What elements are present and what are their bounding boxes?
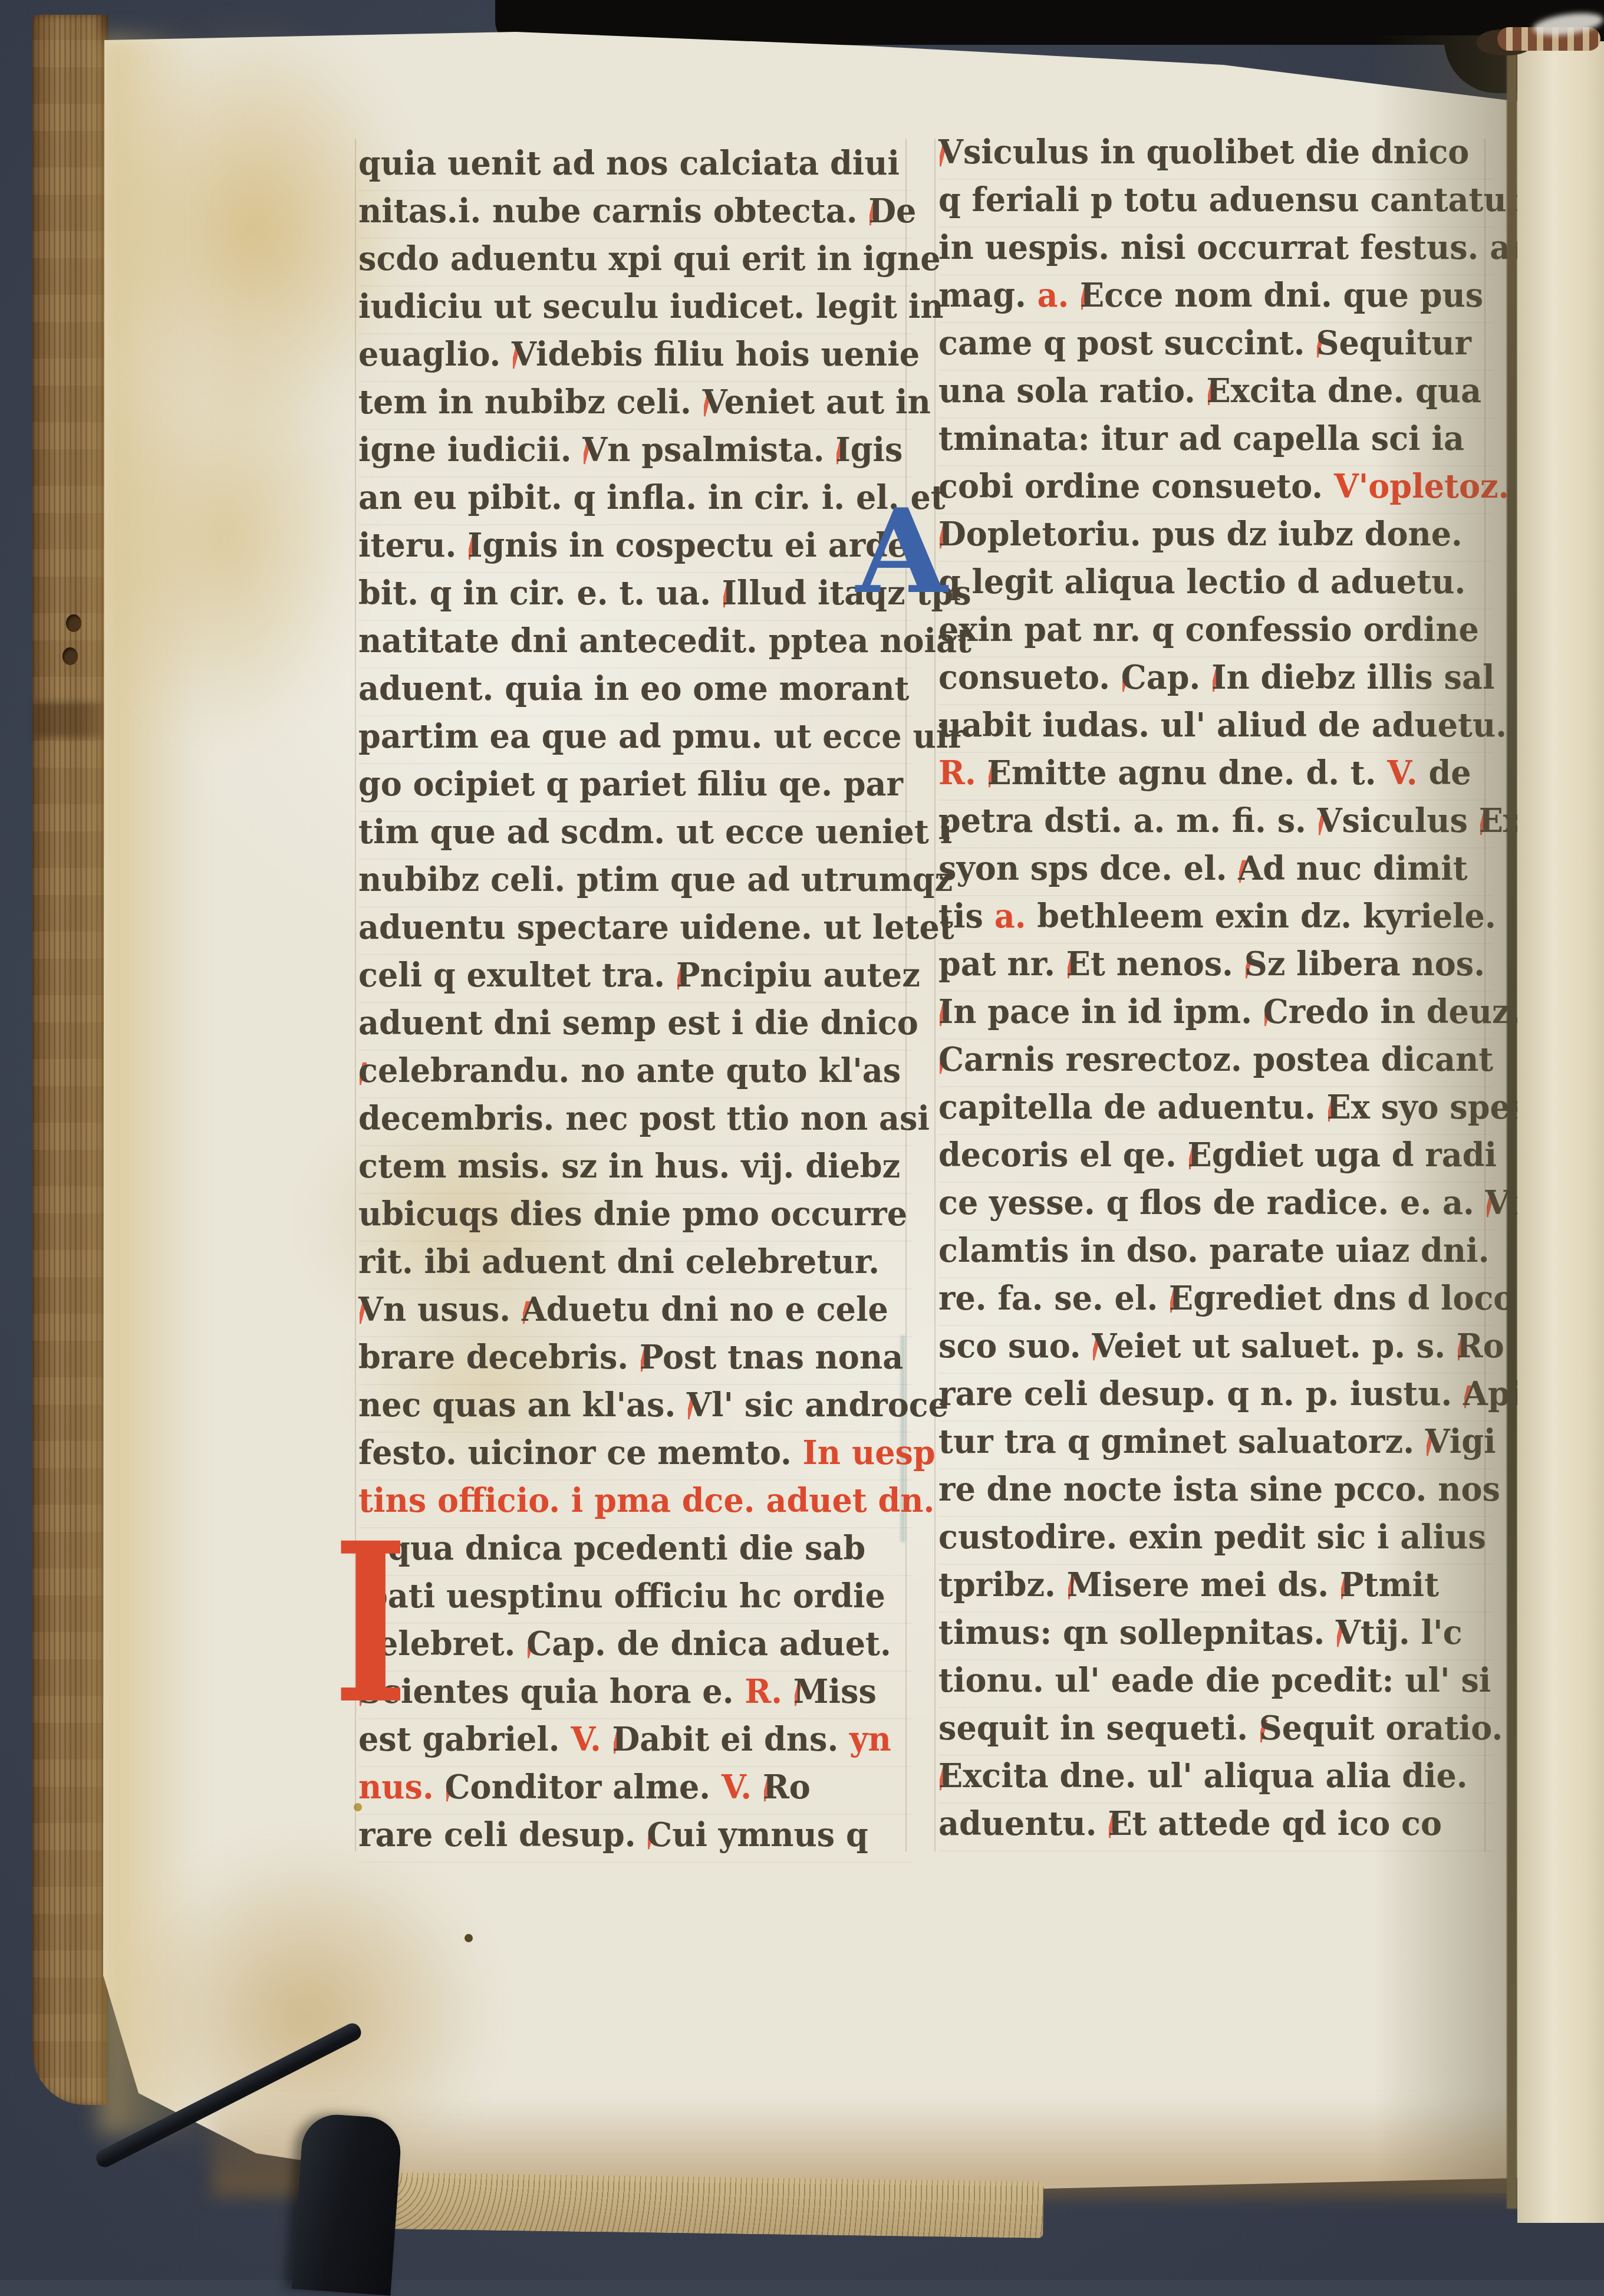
body-text: V [703,382,724,422]
body-text: S [1259,1708,1282,1748]
body-text: P [1340,1565,1364,1604]
body-text: l' sic androce [712,1385,948,1425]
body-text: n psalmista. [607,430,835,469]
binding-strap-thick [292,2113,403,2280]
body-text: iss [829,1672,877,1711]
body-text: E [1207,371,1231,410]
body-text [752,1767,763,1807]
rubric-text: R. [938,753,976,792]
body-text: c [358,1051,378,1090]
body-text: ncipiu autez [700,955,920,995]
manuscript-text-line: quia uenit ad nos calciata diui [358,143,913,193]
manuscript-text-line: aduentu spectare uidene. ut letet [358,907,913,957]
body-text: timus: qn sollepnitas. [938,1613,1336,1652]
manuscript-text-line: aduent dni semp est i die dnico [358,1003,913,1052]
body-text: petra dsti. a. m. fi. s. [938,801,1318,840]
body-text: P [676,955,700,995]
body-text: o [789,1767,811,1807]
body-text: gis [851,430,903,469]
body-text: ui ymnus q [672,1815,868,1854]
body-text: V [687,1385,712,1425]
body-text: isere mei ds. [1102,1565,1339,1604]
body-text: idebis filiu hois uenie [536,334,920,374]
rubric-text: yn [849,1719,891,1759]
body-text: M [793,1672,829,1711]
body-text: tpribz. [938,1565,1067,1604]
manuscript-text-line: an eu pibit. q infla. in cir. i. el. et [358,478,913,527]
body-text: V [512,334,536,374]
manuscript-text-line: tins officio. i pma dce. aduet dn. [358,1481,913,1530]
body-text: nubibz celi. ptim que ad utrumqz [358,860,953,899]
manuscript-text-line: tem in nubibz celi. Veniet aut in [358,382,913,432]
manuscript-text-line: natitate dni antecedit. pptea noiat [358,621,913,670]
body-text: re. fa. se. el. [938,1278,1169,1318]
manuscript-text-line: tim que ad scdm. ut ecce ueniet i [358,812,913,861]
ruling-line [934,139,936,1851]
body-text: E [1188,1135,1212,1175]
body-text: C [938,1040,964,1079]
manuscript-text-line: festo. uicinor ce memto. In uesp [358,1433,913,1482]
body-text: C [1121,657,1147,697]
body-text: I [938,992,953,1031]
manuscript-text-line: partim ea que ad pmu. ut ecce uir [358,716,913,766]
stain-left-middle [88,330,360,743]
body-text: una sola ratio. [938,371,1207,410]
body-text: qua dnica pcedenti die sab [388,1528,865,1568]
body-text: sequit in sequeti. [938,1708,1259,1748]
rubric-text: R. [745,1672,782,1711]
body-text: V [1092,1326,1114,1366]
body-text: abit ei dns. [640,1719,849,1759]
manuscript-text-line: scdo aduentu xpi qui erit in igne [358,239,913,288]
body-text: V [1336,1613,1361,1652]
body-text: eniet aut in [724,382,931,422]
body-text: V [582,430,607,469]
rubric-text: a. [994,896,1026,936]
body-text: mag. [938,275,1037,315]
manuscript-text-line: bit. q in cir. e. t. ua. Illud itaqz tps [358,573,913,623]
manuscript-text-line: iudiciu ut seculu iudicet. legit in [358,287,913,336]
body-text: festo. uicinor ce memto. [358,1433,803,1472]
manuscript-text-line: decembris. nec post ttio non asi [358,1098,913,1148]
manuscript-text-line: nubibz celi. ptim que ad utrumqz [358,860,913,909]
manuscript-text-line: nec quas an kl'as. Vl' sic androce [358,1385,913,1435]
body-text [601,1719,612,1759]
manuscript-text-line: celi q exultet tra. Pncipiu autez [358,955,913,1005]
body-text: n pace in id ipm. [953,992,1263,1031]
body-text: E [1080,275,1104,315]
rubric-text: nus. [358,1767,445,1807]
body-text: S [1244,944,1267,983]
rubric-text: tins officio. i pma dce. aduet dn. [358,1481,934,1520]
manuscript-text-line: go ocipiet q pariet filiu qe. par [358,764,913,814]
body-text: M [1067,1565,1102,1604]
body-text: brare decebris. [358,1337,640,1377]
body-text: cobi ordine consueto. [938,466,1334,506]
body-text: capitella de aduentu. [938,1087,1327,1127]
manuscript-text-line: igne iudicii. Vn psalmista. Igis [358,430,913,479]
body-text: E [938,1756,963,1795]
body-text: duetu dni no e cele [546,1290,888,1329]
body-text: E [1169,1278,1193,1318]
manuscript-text-line: Scientes quia hora e. R. Miss [358,1672,913,1721]
body-text: igne iudicii. [358,430,582,469]
manuscript-text-line: ctem msis. sz in hus. vij. diebz [358,1146,913,1196]
body-text: ap. de dnica aduet. [552,1624,891,1663]
manuscript-text-line: celebret. Cap. de dnica aduet. [358,1624,913,1673]
body-text: consueto. [938,657,1121,697]
body-text: De [868,191,916,231]
rubric-text: a. [1037,275,1069,315]
body-text: tis [938,896,994,936]
body-text: I [835,430,850,469]
body-text: came q post succint. [938,323,1316,363]
manuscript-text-line: aduent. quia in eo ome morant [358,669,913,718]
body-text: bit. q in cir. e. t. ua. [358,573,722,613]
body-text: sco suo. [938,1326,1092,1366]
ink-speck [465,1934,473,1942]
manuscript-text-line: rare celi desup. Cui ymnus q [358,1815,913,1864]
gutter-crease [1507,39,1517,2209]
page-edges-band [377,2172,1043,2238]
body-text: aduent dni semp est i die dnico [358,1003,918,1042]
body-text: C [1263,992,1289,1031]
rubric-text: In uesp [803,1433,936,1472]
body-text: ubicuqs dies dnie pmo occurre [358,1194,907,1233]
body-text: V [938,132,963,172]
body-text [1069,275,1080,315]
body-text: C [445,1767,470,1807]
body-text: E [1108,1804,1132,1843]
body-text: scdo aduentu xpi qui erit in igne [358,239,941,278]
body-text: tim que ad scdm. ut ecce ueniet i [358,812,952,851]
body-text: syon sps dce. el. [938,848,1238,888]
left-text-column: quia uenit ad nos calciata diuinitas.i. … [358,143,913,1863]
body-text: celi q exultet tra. [358,955,676,995]
body-text: S [1316,323,1339,363]
body-text: t nenos. [1091,944,1244,983]
facing-page-edge [1517,41,1604,2223]
body-text: nec quas an kl'as. [358,1385,687,1425]
body-text: C [526,1624,552,1663]
body-text: E [1066,944,1091,983]
body-text: P [640,1337,663,1377]
body-text: I [722,573,737,613]
body-text: n usus. [383,1290,522,1329]
manuscript-text-line: euaglio. Videbis filiu hois uenie [358,334,913,384]
body-text: ost tnas nona [663,1337,903,1377]
body-text: pat nr. [938,944,1066,983]
body-text: cientes quia hora e. [381,1672,745,1711]
body-text: nitas.i. nube carnis obtecta. [358,191,868,231]
body-text: rare celi desup. [358,1815,647,1854]
rubric-text: V. [571,1719,601,1759]
manuscript-text-line: celebrandu. no ante quto kl'as [358,1051,913,1100]
body-text: I [467,525,482,565]
body-text [976,753,987,792]
body-text: bati uesptinu officiu hc ordie [365,1576,885,1616]
wooden-board-edge [32,15,108,2105]
body-text: ctem msis. sz in hus. vij. diebz [358,1146,900,1186]
body-text: V [1318,801,1342,840]
body-text: quia uenit ad nos calciata diui [358,143,900,183]
wood-dark-band [34,702,106,737]
body-text: V [358,1290,383,1329]
wood-wormhole [66,614,81,632]
body-text [782,1672,793,1711]
body-text: I [1211,657,1226,697]
body-text: rit. ibi aduent dni celebretur. [358,1242,880,1281]
manuscript-text-line: iteru. Ignis in cospectu ei arde [358,525,913,575]
gutter-shadow [1374,35,1515,2193]
manuscript-text-line: brare decebris. Post tnas nona [358,1337,913,1387]
manuscript-text-line: ubicuqs dies dnie pmo occurre [358,1194,913,1244]
body-text: tur tra q gminet saluatorz. [938,1422,1425,1461]
manuscript-text-line: qua dnica pcedenti die sab [358,1528,913,1578]
body-text: aduent. quia in eo ome morant [358,669,909,708]
body-text: tem in nubibz celi. [358,382,703,422]
body-text: E [987,753,1012,792]
manuscript-text-line: nus. Conditor alme. V. Ro [358,1767,913,1817]
body-text: E [1327,1087,1351,1127]
manuscript-text-line: est gabriel. V. Dabit ei dns. yn [358,1719,913,1769]
body-text: aduentu spectare uidene. ut letet [358,907,954,947]
body-text: A [1238,848,1263,888]
body-text: ap. [1147,657,1211,697]
body-text: gnis in cospectu ei arde [482,525,908,565]
red-initial-I: I [334,1514,407,1733]
body-text: C [647,1815,672,1854]
body-text: go ocipiet q pariet filiu qe. par [358,764,903,804]
blue-initial-A: A [856,494,947,610]
body-text: iteru. [358,525,467,565]
body-text: D [612,1719,640,1759]
body-text: mitte agnu dne. d. t. [1012,753,1388,792]
body-text: onditor alme. [470,1767,722,1807]
body-text: elebrandu. no ante quto kl'as [378,1051,901,1090]
body-text: natitate dni antecedit. pptea noiat [358,621,971,660]
body-text: iudiciu ut seculu iudicet. legit in [358,287,943,326]
rubric-text: V. [722,1767,752,1807]
manuscript-text-line: rit. ibi aduent dni celebretur. [358,1242,913,1291]
body-text: R [763,1767,789,1807]
body-text: aduentu. [938,1804,1108,1843]
body-text: decoris el qe. [938,1135,1188,1175]
photo-background: quia uenit ad nos calciata diuinitas.i. … [0,0,1604,2280]
manuscript-text-line: bati uesptinu officiu hc ordie [358,1576,913,1626]
wood-wormhole [62,647,78,665]
manuscript-text-line: nitas.i. nube carnis obtecta. De [358,191,913,241]
body-text: euaglio. [358,334,512,374]
body-text: decembris. nec post ttio non asi [358,1098,930,1138]
body-text: partim ea que ad pmu. ut ecce uir [358,716,965,756]
manuscript-text-line: Vn usus. Aduetu dni no e cele [358,1290,913,1339]
body-text: A [522,1290,546,1329]
